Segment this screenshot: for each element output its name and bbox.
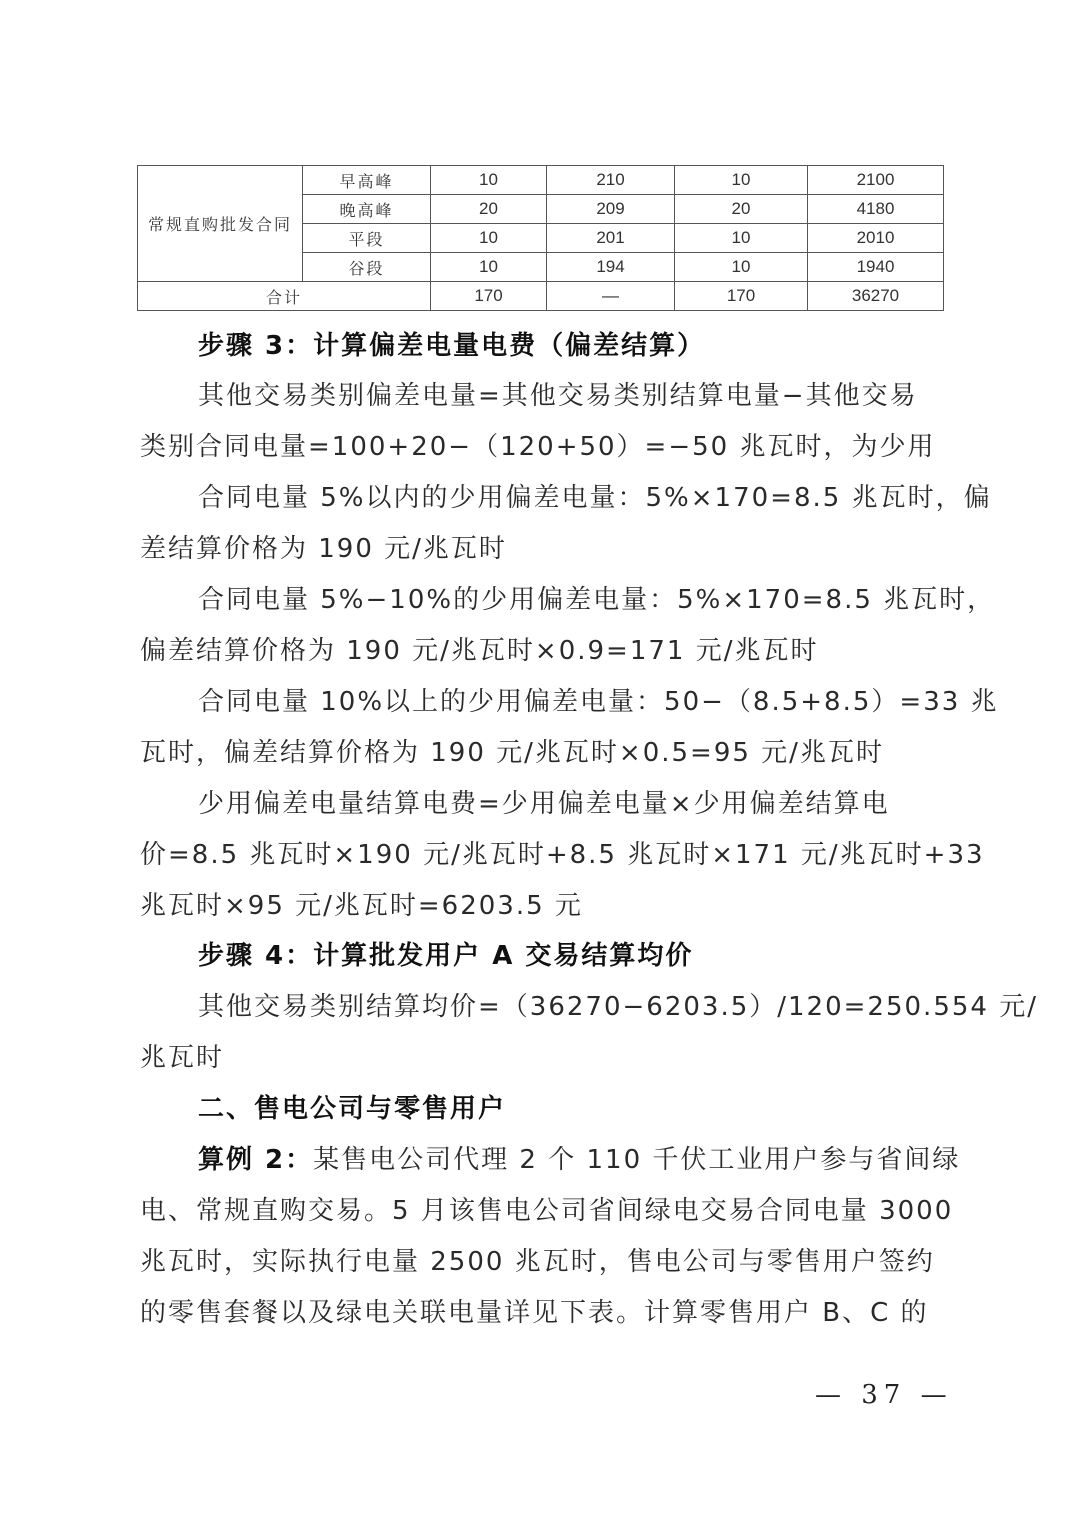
- total-label-cell: 合计: [138, 282, 431, 311]
- paragraph-text: 某售电公司代理 2 个 110 千伏工业用户参与省间绿: [313, 1145, 960, 1175]
- settlement-table: 常规直购批发合同 早高峰 10 210 10 2100 晚高峰 20 209 2…: [137, 165, 944, 311]
- paragraph-line: 偏差结算价格为 190 元/兆瓦时×0.9=171 元/兆瓦时: [140, 636, 945, 666]
- paragraph-line: 合同电量 10%以上的少用偏差电量：50−（8.5+8.5）=33 兆: [198, 687, 1003, 717]
- value-cell: 20: [431, 195, 547, 224]
- paragraph-line: 电、常规直购交易。5 月该售电公司省间绿电交易合同电量 3000: [140, 1196, 945, 1226]
- paragraph-line: 兆瓦时×95 元/兆瓦时=6203.5 元: [140, 891, 945, 921]
- period-cell: 晚高峰: [303, 195, 431, 224]
- paragraph-line: 算例 2：某售电公司代理 2 个 110 千伏工业用户参与省间绿: [198, 1145, 1003, 1175]
- paragraph-line: 少用偏差电量结算电费=少用偏差电量×少用偏差结算电: [198, 789, 1003, 819]
- value-cell: 201: [547, 224, 675, 253]
- value-cell: 10: [431, 166, 547, 195]
- value-cell: 4180: [808, 195, 944, 224]
- paragraph-line: 差结算价格为 190 元/兆瓦时: [140, 534, 945, 564]
- value-cell: 209: [547, 195, 675, 224]
- paragraph-line: 类别合同电量=100+20−（120+50）=−50 兆瓦时，为少用: [140, 432, 945, 462]
- paragraph-line: 价=8.5 兆瓦时×190 元/兆瓦时+8.5 兆瓦时×171 元/兆瓦时+33: [140, 840, 945, 870]
- paragraph-line: 合同电量 5%以内的少用偏差电量：5%×170=8.5 兆瓦时，偏: [198, 483, 1003, 513]
- value-cell: 2010: [808, 224, 944, 253]
- value-cell: 10: [431, 253, 547, 282]
- value-cell: 170: [675, 282, 808, 311]
- period-cell: 谷段: [303, 253, 431, 282]
- period-cell: 平段: [303, 224, 431, 253]
- document-page: 常规直购批发合同 早高峰 10 210 10 2100 晚高峰 20 209 2…: [0, 0, 1080, 1527]
- period-cell: 早高峰: [303, 166, 431, 195]
- value-cell: 10: [675, 166, 808, 195]
- paragraph-line: 的零售套餐以及绿电关联电量详见下表。计算零售用户 B、C 的: [140, 1298, 945, 1328]
- paragraph-line: 其他交易类别偏差电量=其他交易类别结算电量−其他交易: [198, 381, 1003, 411]
- value-cell: 210: [547, 166, 675, 195]
- step4-heading: 步骤 4：计算批发用户 A 交易结算均价: [198, 941, 1003, 971]
- value-cell: —: [547, 282, 675, 311]
- value-cell: 36270: [808, 282, 944, 311]
- value-cell: 10: [431, 224, 547, 253]
- value-cell: 10: [675, 224, 808, 253]
- group-label-cell: 常规直购批发合同: [138, 166, 303, 282]
- value-cell: 10: [675, 253, 808, 282]
- paragraph-line: 其他交易类别结算均价=（36270−6203.5）/120=250.554 元/: [198, 992, 1003, 1022]
- paragraph-line: 兆瓦时: [140, 1043, 945, 1073]
- page-number: — 37 —: [815, 1380, 953, 1410]
- section2-heading: 二、售电公司与零售用户: [198, 1094, 1003, 1124]
- table-total-row: 合计 170 — 170 36270: [138, 282, 944, 311]
- step3-heading: 步骤 3：计算偏差电量电费（偏差结算）: [198, 331, 1003, 361]
- paragraph-line: 合同电量 5%−10%的少用偏差电量：5%×170=8.5 兆瓦时，: [198, 585, 1003, 615]
- value-cell: 2100: [808, 166, 944, 195]
- value-cell: 170: [431, 282, 547, 311]
- value-cell: 20: [675, 195, 808, 224]
- example-label: 算例 2：: [198, 1145, 313, 1175]
- value-cell: 1940: [808, 253, 944, 282]
- table-row: 常规直购批发合同 早高峰 10 210 10 2100: [138, 166, 944, 195]
- value-cell: 194: [547, 253, 675, 282]
- paragraph-line: 兆瓦时，实际执行电量 2500 兆瓦时，售电公司与零售用户签约: [140, 1247, 945, 1277]
- paragraph-line: 瓦时，偏差结算价格为 190 元/兆瓦时×0.5=95 元/兆瓦时: [140, 738, 945, 768]
